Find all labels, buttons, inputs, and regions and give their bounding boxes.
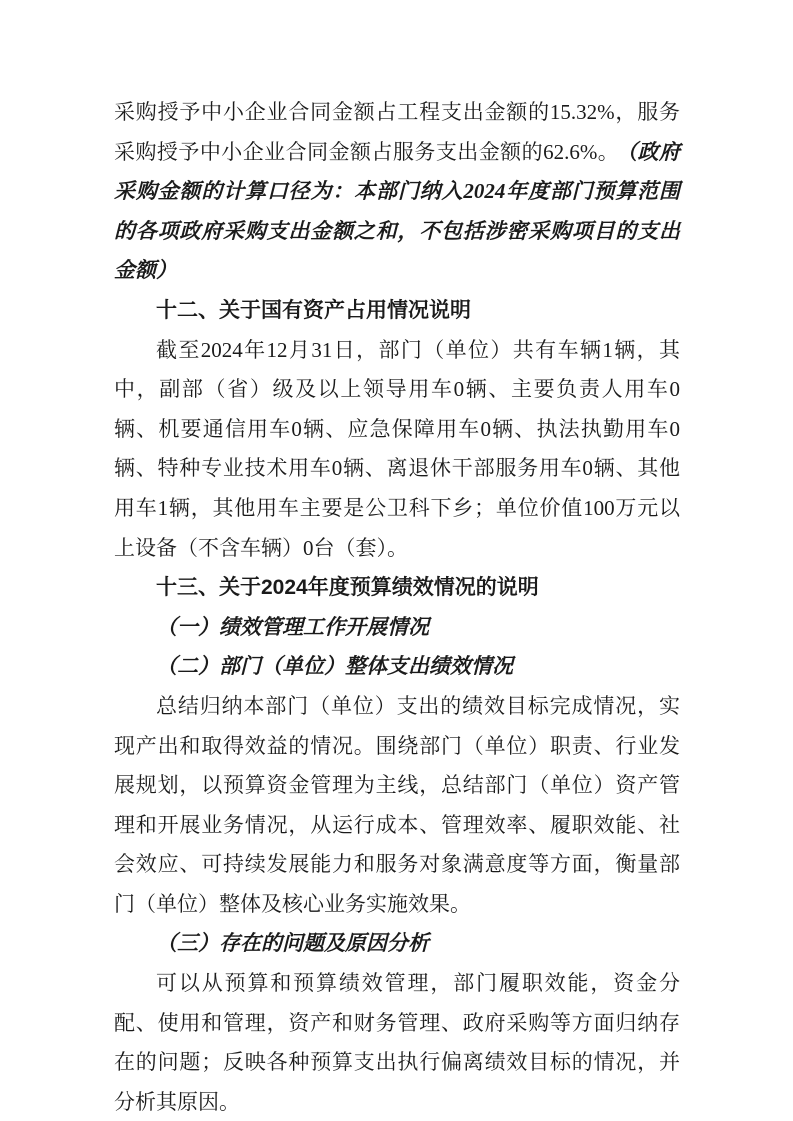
document-content: 采购授予中小企业合同金额占工程支出金额的15.32%，服务采购授予中小企业合同金…: [114, 93, 680, 1121]
section-heading-budget-performance: 十三、关于2024年度预算绩效情况的说明: [114, 568, 680, 608]
paragraph-vehicles-equipment: 截至2024年12月31日，部门（单位）共有车辆1辆，其中，副部（省）级及以上领…: [114, 331, 680, 569]
document-page: 采购授予中小企业合同金额占工程支出金额的15.32%，服务采购授予中小企业合同金…: [0, 0, 793, 1121]
subsection-heading-problems-analysis: （三）存在的问题及原因分析: [114, 924, 680, 964]
paragraph-performance-summary: 总结归纳本部门（单位）支出的绩效目标完成情况，实现产出和取得效益的情况。围绕部门…: [114, 687, 680, 925]
subsection-heading-performance-management: （一）绩效管理工作开展情况: [114, 608, 680, 648]
procurement-stats-text: 采购授予中小企业合同金额占工程支出金额的15.32%，服务采购授予中小企业合同金…: [114, 100, 680, 164]
paragraph-problems-detail: 可以从预算和预算绩效管理，部门履职效能，资金分配、使用和管理，资产和财务管理、政…: [114, 964, 680, 1121]
paragraph-procurement-continuation: 采购授予中小企业合同金额占工程支出金额的15.32%，服务采购授予中小企业合同金…: [114, 93, 680, 291]
subsection-heading-overall-expenditure: （二）部门（单位）整体支出绩效情况: [114, 647, 680, 687]
section-heading-state-assets: 十二、关于国有资产占用情况说明: [114, 291, 680, 331]
